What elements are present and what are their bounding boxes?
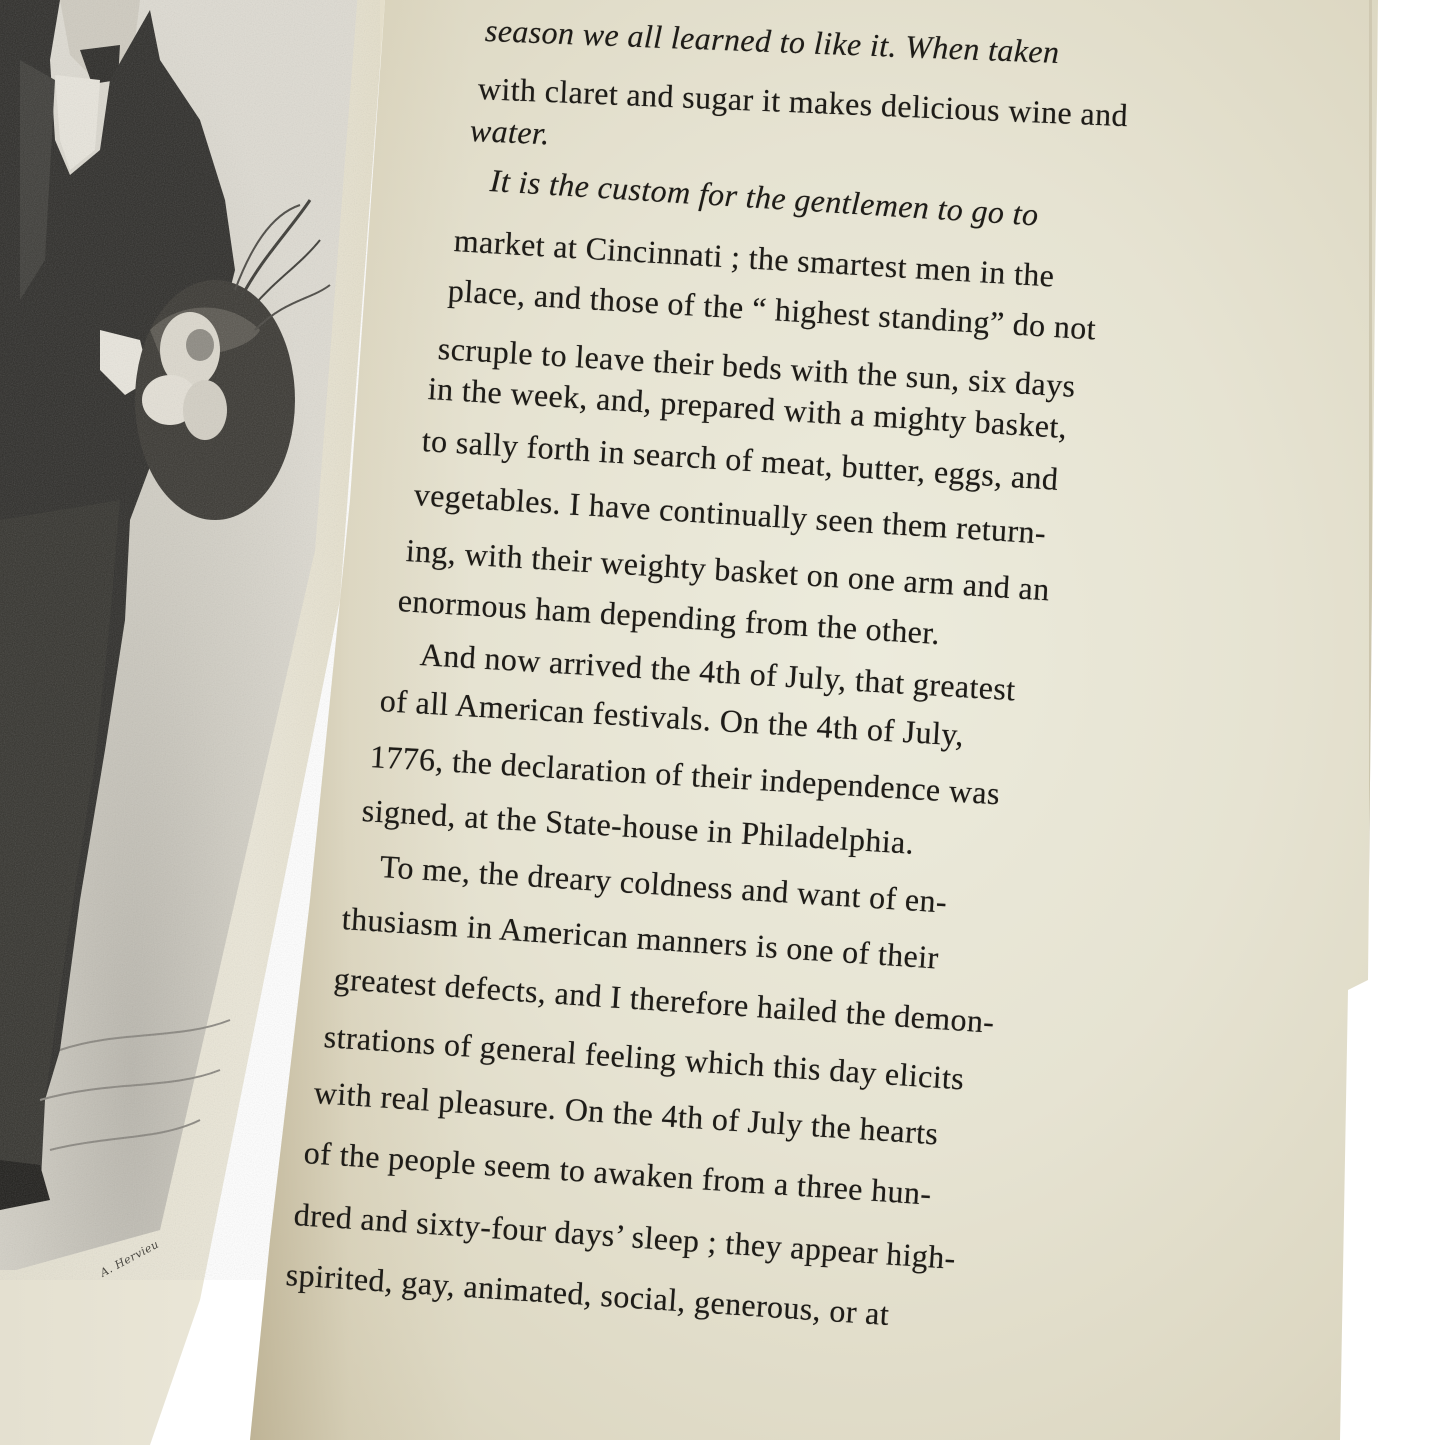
book-photo: A. Hervieu season we all learned to like…	[0, 0, 1445, 1445]
right-page	[250, 0, 1380, 1440]
